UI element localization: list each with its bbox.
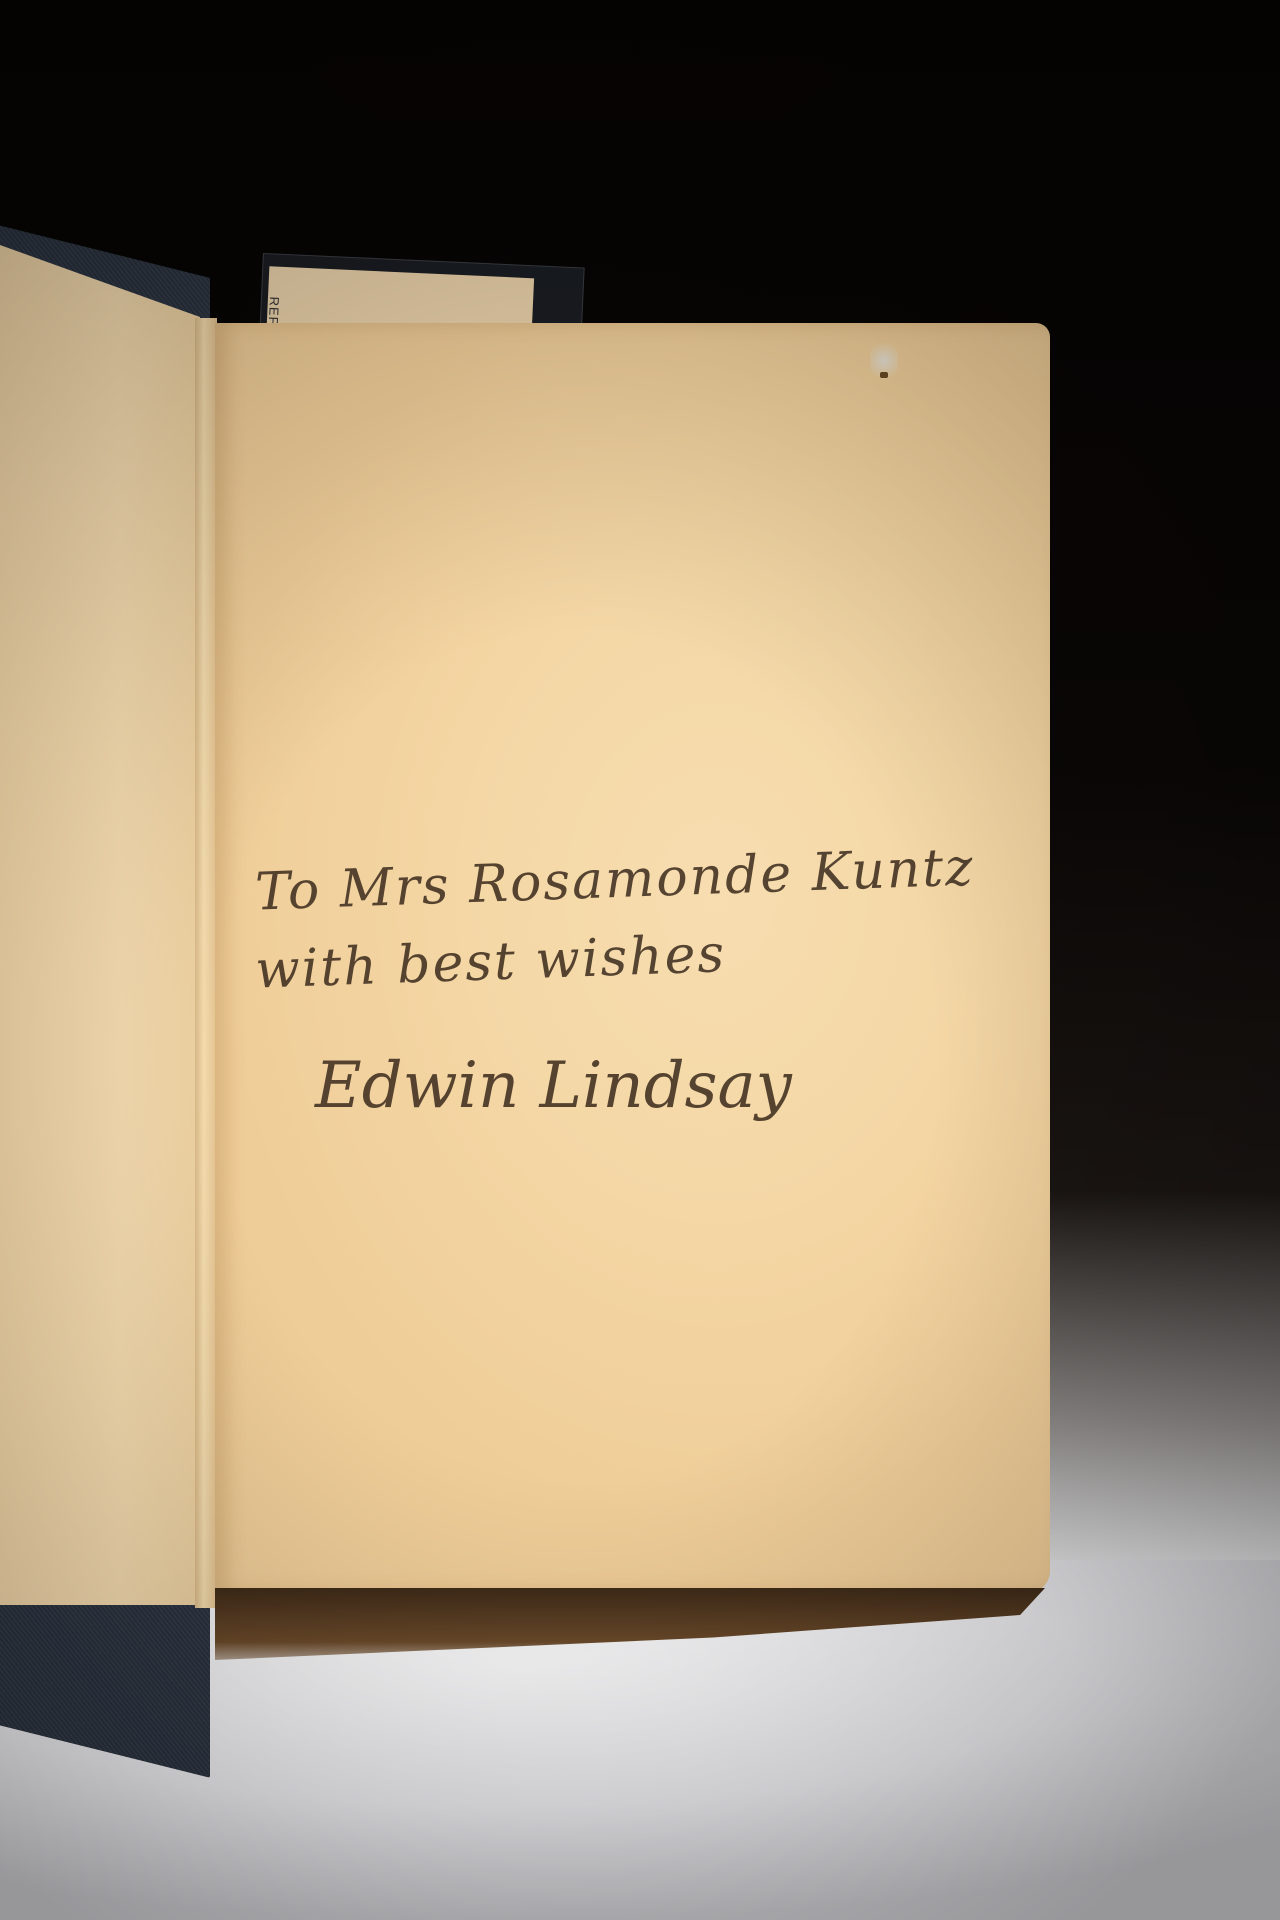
front-pastedown: [0, 245, 200, 1605]
signature: Edwin Lindsay: [315, 1036, 1035, 1136]
book-gutter: [195, 318, 217, 1608]
handwritten-inscription: To Mrs Rosamonde Kuntz with best wishes …: [255, 840, 1035, 1136]
paper-spot: [880, 372, 888, 378]
bookmark-label: REF: [266, 296, 282, 326]
